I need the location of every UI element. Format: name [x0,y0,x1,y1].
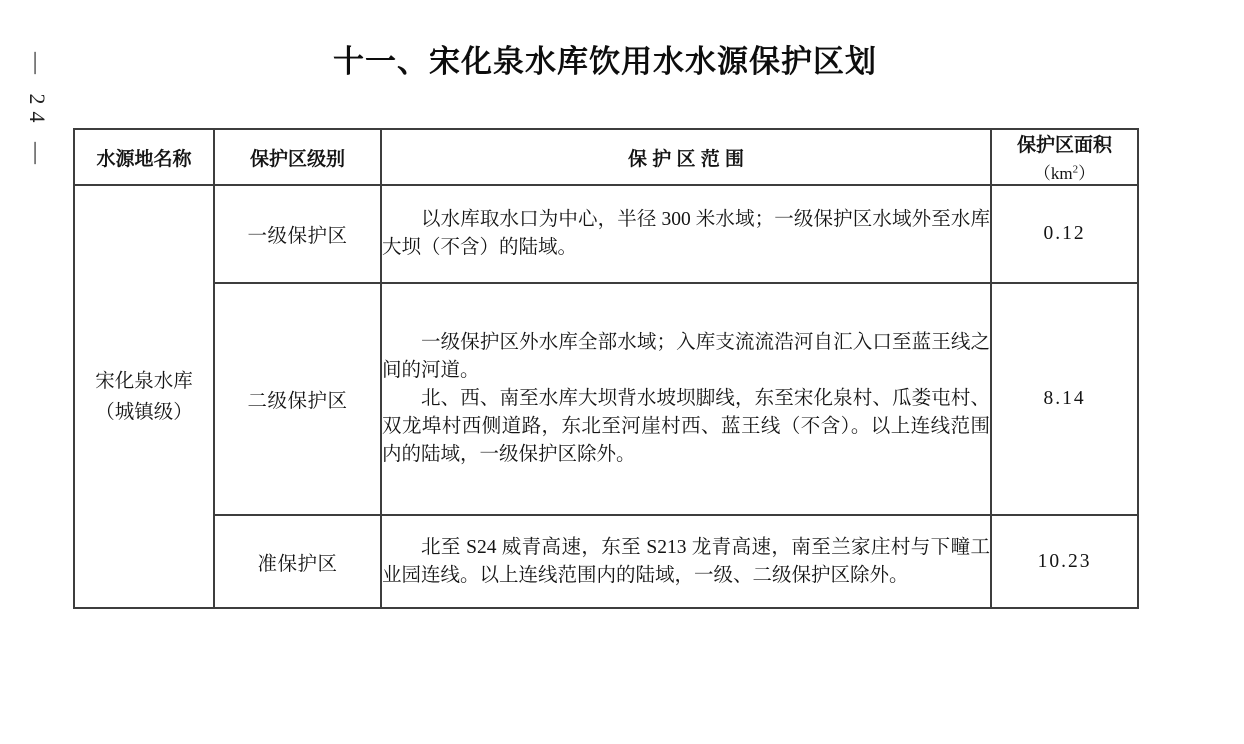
zone-scope-cell: 北至 S24 威青高速，东至 S213 龙青高速，南至兰家庄村与下疃工业园连线。… [381,515,991,608]
header-zone-area-label: 保护区面积 [992,130,1137,157]
zone-area-cell: 0.12 [991,185,1138,283]
zone-level-cell: 准保护区 [214,515,381,608]
zone-level-cell: 二级保护区 [214,283,381,515]
header-zone-level: 保护区级别 [214,129,381,185]
page-title: 十一、宋化泉水库饮用水水源保护区划 [73,36,1137,81]
zone-level-cell: 一级保护区 [214,185,381,283]
header-zone-scope: 保 护 区 范 围 [381,129,991,185]
table-row-level1: 宋化泉水库 （城镇级） 一级保护区 以水库取水口为中心，半径 300 米水域；一… [74,185,1138,283]
document-page: — 24 — 十一、宋化泉水库饮用水水源保护区划 水源地名称 保护区级别 保 护… [0,0,1244,744]
header-zone-area-unit: （km2） [992,159,1137,184]
source-name-cell: 宋化泉水库 （城镇级） [74,185,214,608]
header-source-name: 水源地名称 [74,129,214,185]
zone-area-cell: 8.14 [991,283,1138,515]
source-name-line2: （城镇级） [75,397,213,428]
table-row-quasi: 准保护区 北至 S24 威青高速，东至 S213 龙青高速，南至兰家庄村与下疃工… [74,515,1138,608]
header-zone-area: 保护区面积 （km2） [991,129,1138,185]
page-number: — 24 — [24,52,50,171]
zone-scope-cell: 一级保护区外水库全部水域；入库支流流浩河自汇入口至蓝王线之间的河道。 北、西、南… [381,283,991,515]
scope-paragraph: 一级保护区外水库全部水域；入库支流流浩河自汇入口至蓝王线之间的河道。 [382,329,990,385]
scope-paragraph: 北、西、南至水库大坝背水坡坝脚线，东至宋化泉村、瓜娄屯村、双龙埠村西侧道路，东北… [382,385,990,469]
table-row-level2: 二级保护区 一级保护区外水库全部水域；入库支流流浩河自汇入口至蓝王线之间的河道。… [74,283,1138,515]
protection-zone-table: 水源地名称 保护区级别 保 护 区 范 围 保护区面积 （km2） 宋化泉水库 … [73,128,1139,609]
scope-paragraph: 北至 S24 威青高速，东至 S213 龙青高速，南至兰家庄村与下疃工业园连线。… [382,534,990,590]
scope-paragraph: 以水库取水口为中心，半径 300 米水域；一级保护区水域外至水库大坝（不含）的陆… [382,206,990,262]
zone-area-cell: 10.23 [991,515,1138,608]
table-header-row: 水源地名称 保护区级别 保 护 区 范 围 保护区面积 （km2） [74,129,1138,185]
zone-scope-cell: 以水库取水口为中心，半径 300 米水域；一级保护区水域外至水库大坝（不含）的陆… [381,185,991,283]
source-name-line1: 宋化泉水库 [75,366,213,397]
